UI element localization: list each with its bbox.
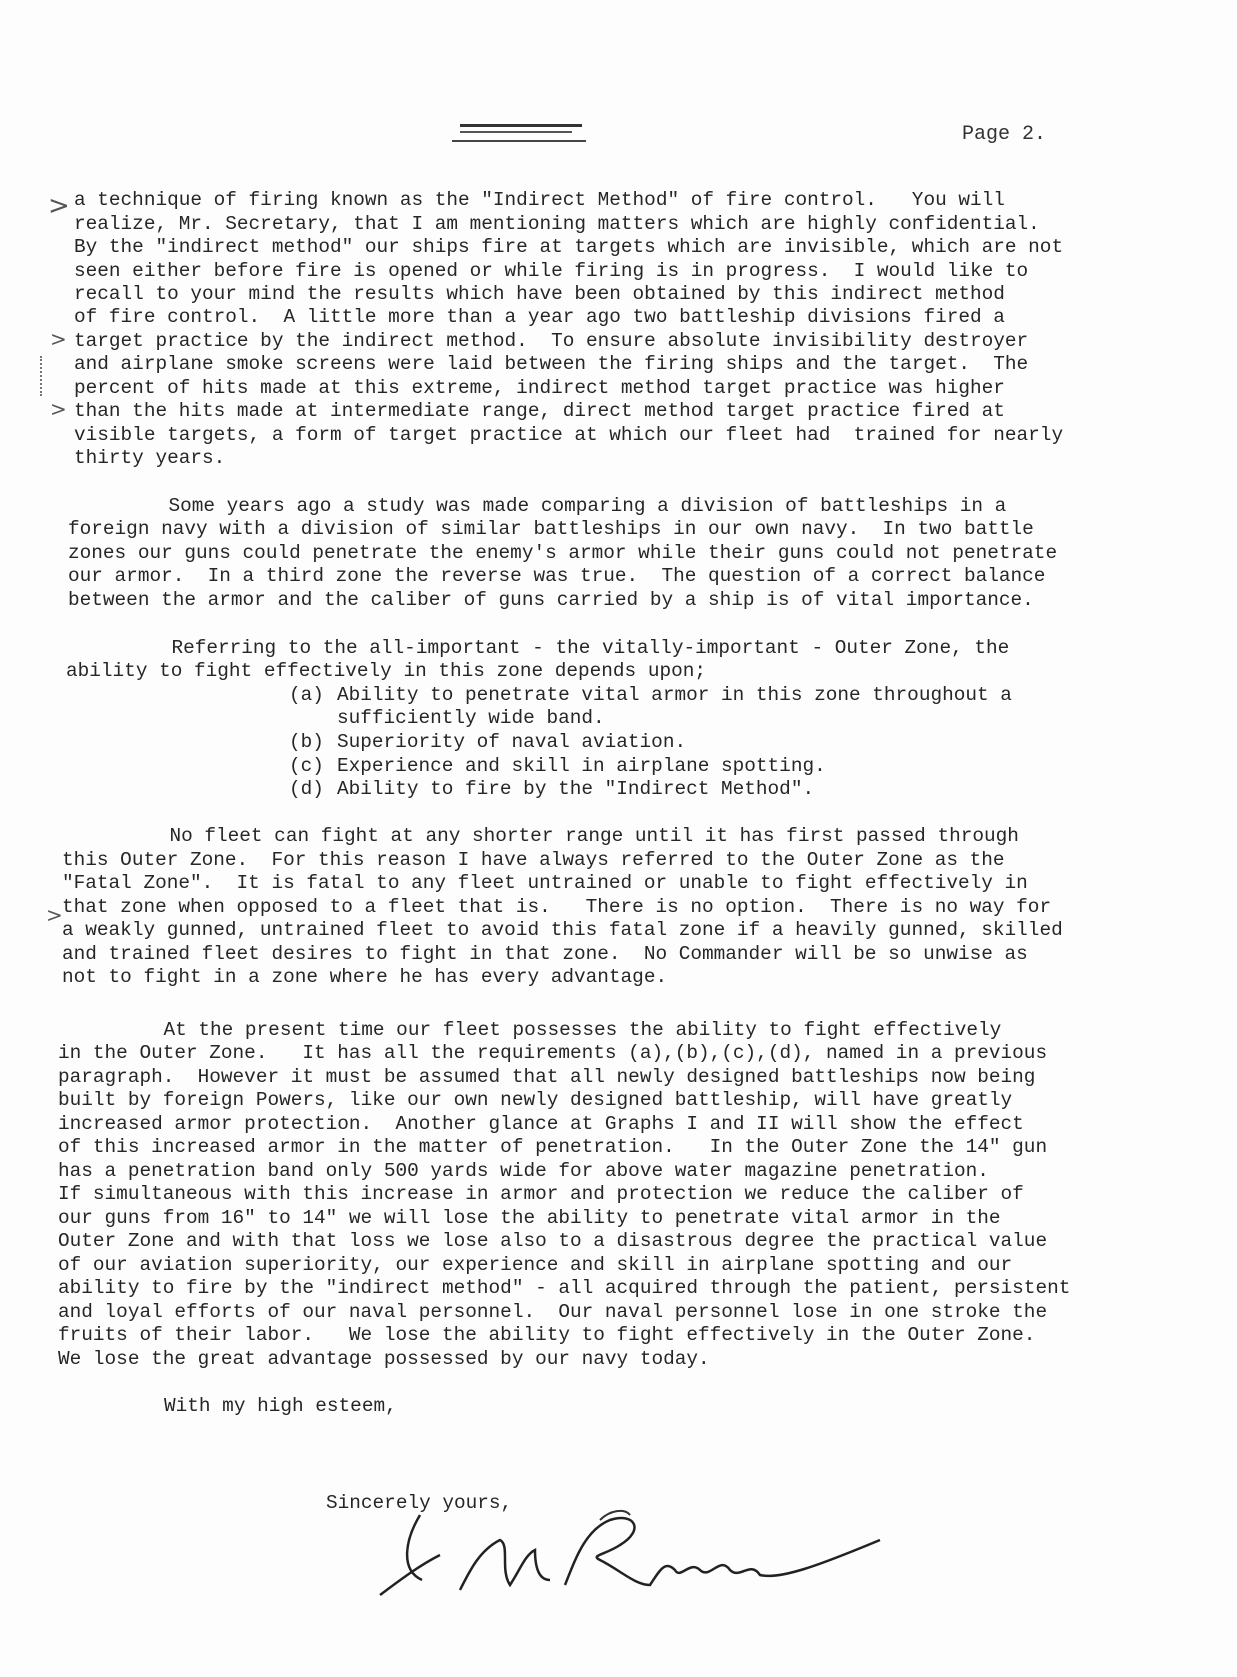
text-line: Ability to penetrate vital armor in this… bbox=[337, 683, 1012, 707]
text-line: Outer Zone and with that loss we lose al… bbox=[58, 1229, 1047, 1253]
text-line: "Fatal Zone". It is fatal to any fleet u… bbox=[62, 871, 1028, 895]
text-line: our guns from 16" to 14" we will lose th… bbox=[58, 1206, 1001, 1230]
text-line: Referring to the all-important - the vit… bbox=[90, 636, 1009, 660]
signature-icon bbox=[360, 1500, 920, 1600]
text-line: ability to fire by the "indirect method"… bbox=[58, 1276, 1070, 1300]
text-line: between the armor and the caliber of gun… bbox=[68, 588, 1034, 612]
text-line: a weakly gunned, untrained fleet to avoi… bbox=[62, 918, 1063, 942]
text-line: has a penetration band only 500 yards wi… bbox=[58, 1159, 989, 1183]
text-line: of fire control. A little more than a ye… bbox=[74, 305, 1005, 329]
text-line: a technique of firing known as the "Indi… bbox=[74, 188, 1005, 212]
text-line: our armor. In a third zone the reverse w… bbox=[68, 564, 1045, 588]
margin-arrow-icon: > bbox=[50, 326, 67, 352]
strikethrough-line bbox=[460, 131, 572, 133]
text-line: and trained fleet desires to fight in th… bbox=[62, 942, 1028, 966]
text-line: If simultaneous with this increase in ar… bbox=[58, 1182, 1024, 1206]
text-line: realize, Mr. Secretary, that I am mentio… bbox=[74, 212, 1040, 236]
text-line: this Outer Zone. For this reason I have … bbox=[62, 848, 1005, 872]
page-number: Page 2. bbox=[962, 123, 1046, 146]
text-line: We lose the great advantage possessed by… bbox=[58, 1347, 710, 1371]
text-line: of this increased armor in the matter of… bbox=[58, 1135, 1047, 1159]
text-line: Superiority of naval aviation. bbox=[337, 730, 686, 754]
text-line: not to fight in a zone where he has ever… bbox=[62, 965, 667, 989]
text-line: paragraph. However it must be assumed th… bbox=[58, 1065, 1035, 1089]
text-line: and airplane smoke screens were laid bet… bbox=[74, 352, 1028, 376]
redacted-classification-stamp bbox=[452, 118, 584, 140]
text-line: in the Outer Zone. It has all the requir… bbox=[58, 1041, 1047, 1065]
text-line: percent of hits made at this extreme, in… bbox=[74, 376, 1005, 400]
text-line: zones our guns could penetrate the enemy… bbox=[68, 541, 1057, 565]
text-line: fruits of their labor. We lose the abili… bbox=[58, 1323, 1035, 1347]
list-marker: (b) bbox=[289, 730, 324, 754]
text-line: of our aviation superiority, our experie… bbox=[58, 1253, 1012, 1277]
text-line: ability to fight effectively in this zon… bbox=[66, 659, 706, 683]
text-line: visible targets, a form of target practi… bbox=[74, 423, 1063, 447]
text-line: than the hits made at intermediate range… bbox=[74, 399, 1005, 423]
text-line: seen either before fire is opened or whi… bbox=[74, 259, 1028, 283]
list-marker: (c) bbox=[289, 754, 324, 778]
underline bbox=[452, 140, 586, 142]
strikethrough-line bbox=[460, 124, 582, 127]
margin-arrow-icon: > bbox=[48, 193, 70, 219]
text-line: and loyal efforts of our naval personnel… bbox=[58, 1300, 1047, 1324]
list-marker: (d) bbox=[289, 777, 324, 801]
text-line: sufficiently wide band. bbox=[337, 706, 605, 730]
closing-salutation: With my high esteem, bbox=[164, 1394, 397, 1418]
text-line: increased armor protection. Another glan… bbox=[58, 1112, 1024, 1136]
margin-dotted-bracket bbox=[40, 356, 44, 396]
text-line: that zone when opposed to a fleet that i… bbox=[62, 895, 1051, 919]
text-line: At the present time our fleet possesses … bbox=[82, 1018, 1001, 1042]
text-line: Some years ago a study was made comparin… bbox=[87, 494, 1006, 518]
text-line: built by foreign Powers, like our own ne… bbox=[58, 1088, 1012, 1112]
margin-arrow-icon: > bbox=[50, 396, 67, 422]
text-line: recall to your mind the results which ha… bbox=[74, 282, 1005, 306]
text-line: By the "indirect method" our ships fire … bbox=[74, 235, 1063, 259]
text-line: No fleet can fight at any shorter range … bbox=[88, 824, 1019, 848]
list-marker: (a) bbox=[289, 683, 324, 707]
text-line: target practice by the indirect method. … bbox=[74, 329, 1028, 353]
text-line: thirty years. bbox=[74, 446, 225, 470]
text-line: foreign navy with a division of similar … bbox=[68, 517, 1034, 541]
margin-arrow-icon: > bbox=[46, 902, 63, 928]
text-line: Experience and skill in airplane spottin… bbox=[337, 754, 826, 778]
document-page: Page 2. > > > > a technique of firing kn… bbox=[0, 0, 1237, 1677]
text-line: Ability to fire by the "Indirect Method"… bbox=[337, 777, 814, 801]
